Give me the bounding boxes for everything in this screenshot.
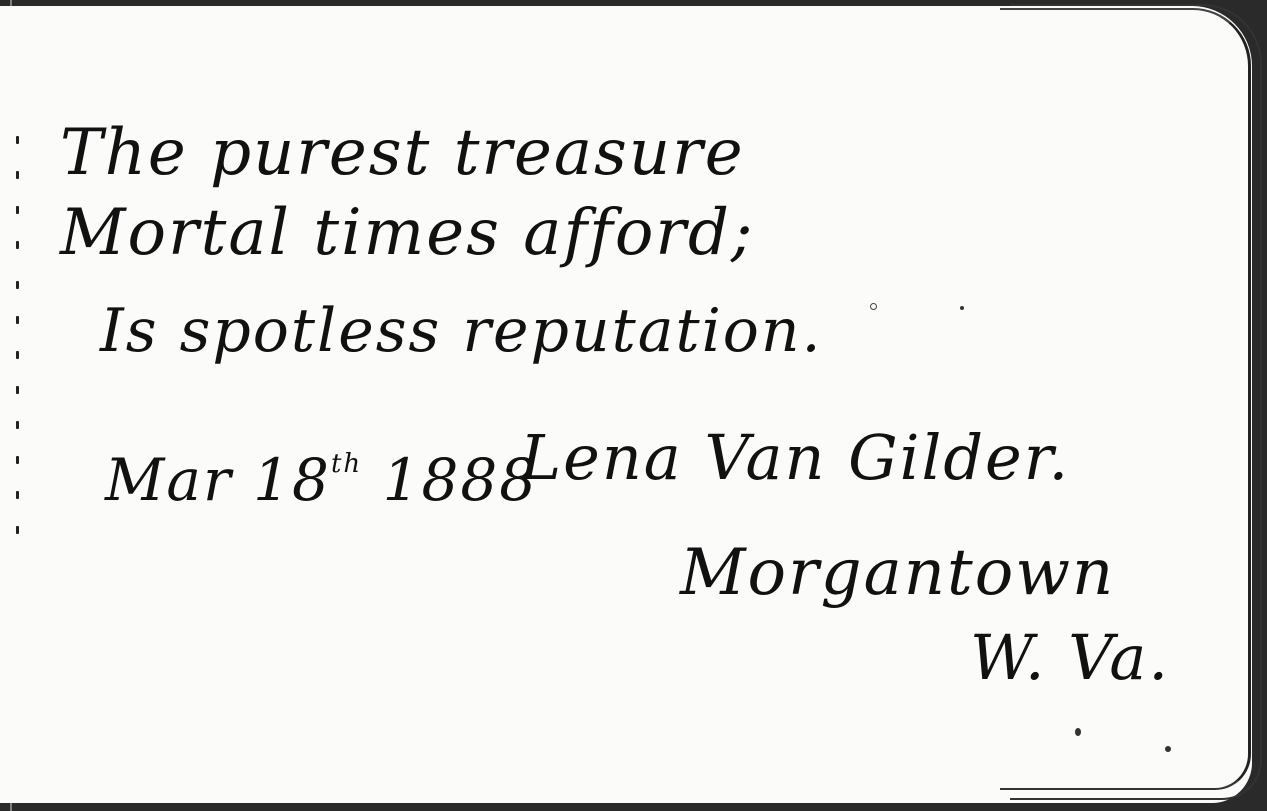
binding-hole xyxy=(16,171,19,179)
paper-speck xyxy=(870,303,877,310)
verse-line-3: Is spotless reputation. xyxy=(100,296,823,366)
binding-hole xyxy=(16,491,19,499)
location-state: W. Va. xyxy=(970,621,1170,694)
binding-hole xyxy=(16,206,19,214)
paper-speck xyxy=(1075,728,1081,736)
signature: Lena Van Gilder. xyxy=(520,421,1070,494)
date-month: Mar xyxy=(105,446,233,514)
scanned-page: The purest treasure Mortal times afford;… xyxy=(0,0,1267,811)
binding-hole xyxy=(16,351,19,359)
binding-hole xyxy=(16,136,19,144)
paper-speck xyxy=(1165,746,1171,752)
paper-speck xyxy=(960,306,964,310)
binding-hole xyxy=(16,421,19,429)
verse-line-2: Mortal times afford; xyxy=(60,196,754,270)
binding-hole xyxy=(16,316,19,324)
binding-hole xyxy=(16,526,19,534)
location-city: Morgantown xyxy=(680,536,1115,610)
binding-hole xyxy=(16,456,19,464)
binding-hole xyxy=(16,386,19,394)
binding-hole xyxy=(16,281,19,289)
album-sheet: The purest treasure Mortal times afford;… xyxy=(0,6,1252,803)
date-day: 18 xyxy=(253,446,331,514)
verse-line-1: The purest treasure xyxy=(60,116,745,190)
inscription-date: Mar 18th 1888 xyxy=(105,446,538,514)
binding-hole xyxy=(16,241,19,249)
date-year: 1888 xyxy=(383,446,539,514)
date-day-suffix: th xyxy=(331,449,362,479)
